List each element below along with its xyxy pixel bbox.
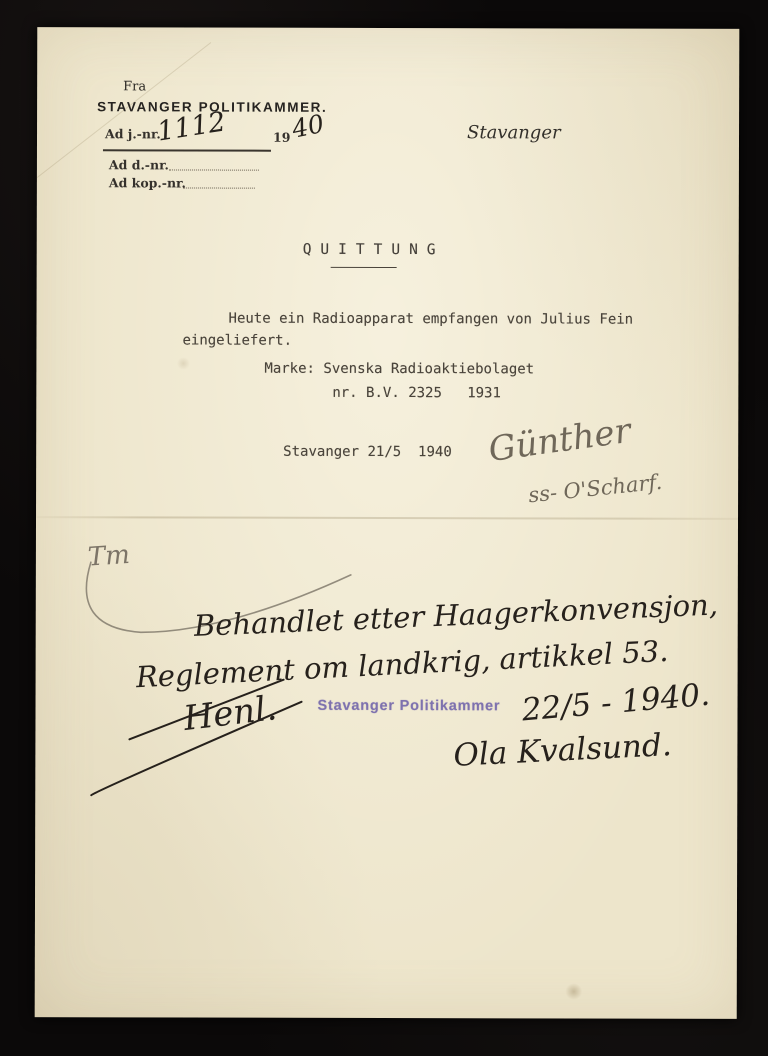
pencil-signature-rank: ss- O'Scharf.: [527, 470, 663, 508]
kop-number-label: Ad kop.-nr.: [109, 175, 186, 190]
marke-line: Marke: Svenska Radioaktiebolaget: [264, 361, 534, 378]
letterhead-from-label: Fra: [123, 79, 146, 94]
body-line-1: Heute ein Radioapparat empfangen von Jul…: [229, 311, 634, 328]
ink-signature: Ola Kvalsund.: [453, 727, 673, 774]
document-page: Fra STAVANGER POLITIKAMMER. Ad j.-nr. 19…: [35, 27, 740, 1019]
horizontal-fold-crease: [36, 516, 738, 519]
paper-stain: [176, 357, 190, 369]
typed-date-line: Stavanger 21/5 1940: [283, 444, 452, 460]
ink-date: 22/5 - 1940.: [520, 677, 711, 729]
pencil-signature-name: Günther: [486, 411, 633, 470]
journal-year-prefix: 19: [273, 130, 290, 145]
journal-field-underline: [103, 131, 271, 151]
handwritten-journal-year: 40: [289, 109, 326, 144]
police-office-stamp: Stavanger Politikammer: [318, 698, 501, 714]
printed-place-name: Stavanger: [467, 122, 561, 143]
ink-underline-strokes: [55, 667, 335, 818]
nr-line: nr. B.V. 2325 1931: [332, 385, 501, 401]
kop-number-rule: [183, 177, 255, 188]
d-number-label: Ad d.-nr.: [109, 157, 169, 172]
photograph-background: { "scene": { "background_color": "#0b090…: [0, 0, 768, 1056]
d-number-rule: [169, 159, 259, 170]
document-title: QUITTUNG: [303, 242, 445, 258]
title-underline: [331, 267, 397, 268]
body-line-2: eingeliefert.: [182, 332, 292, 348]
paper-stain: [565, 983, 583, 999]
